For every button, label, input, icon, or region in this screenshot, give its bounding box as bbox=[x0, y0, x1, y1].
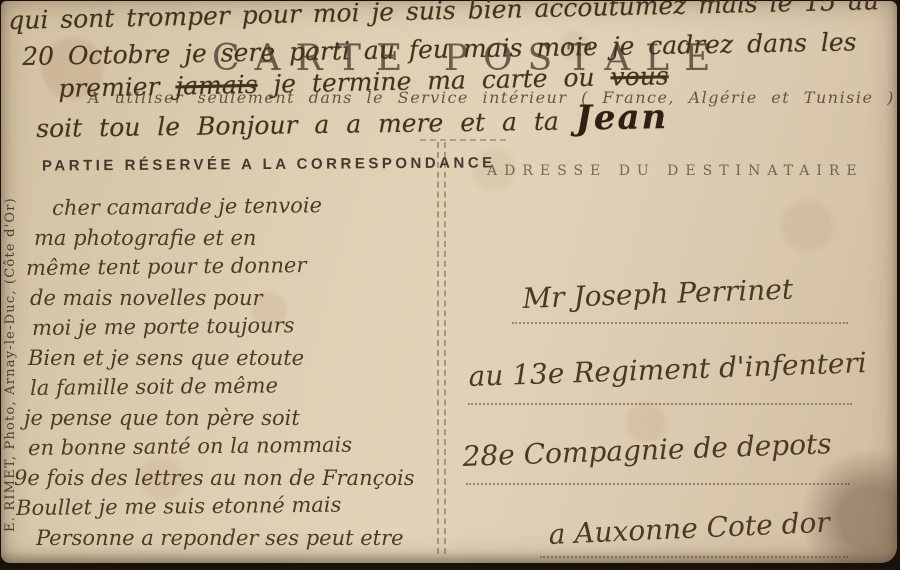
destination-address: Mr Joseph Perrinet au 13e Regiment d'inf… bbox=[0, 0, 900, 570]
address-line: 28e Compagnie de depots bbox=[462, 427, 832, 473]
address-line: Mr Joseph Perrinet bbox=[522, 273, 794, 315]
address-line: au 13e Regiment d'infenteri bbox=[468, 346, 867, 393]
address-line: a Auxonne Cote dor bbox=[548, 506, 830, 551]
